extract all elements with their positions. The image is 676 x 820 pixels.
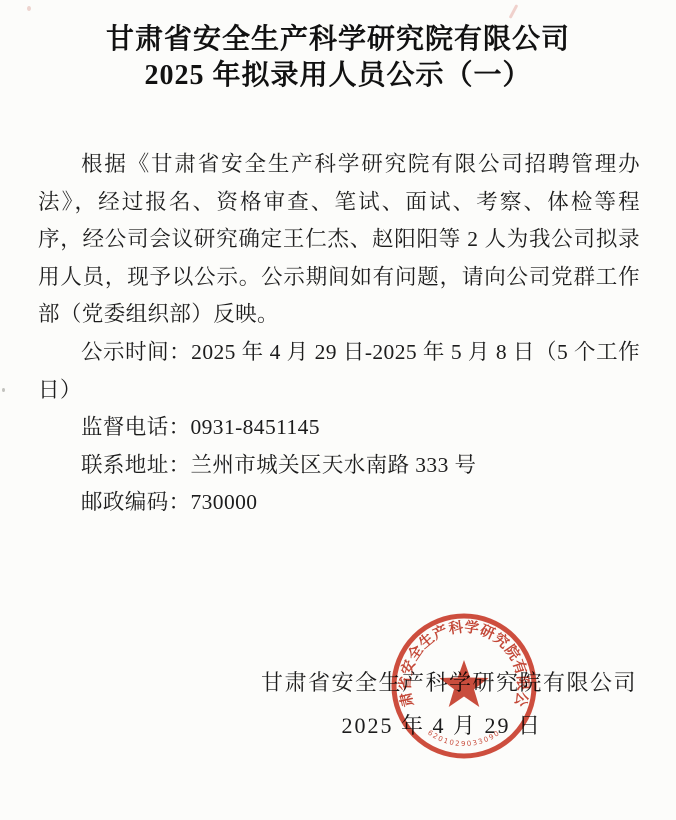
scan-speck: [27, 6, 31, 11]
document-title-line2: 2025 年拟录用人员公示（一）: [0, 58, 676, 94]
body-paragraph-publicity-period: 公示时间：2025 年 4 月 29 日-2025 年 5 月 8 日（5 个工…: [38, 334, 640, 409]
signature-company: 甘肃省安全生产科学研究院有限公司: [261, 666, 637, 697]
document-title-line1: 甘肃省安全生产科学研究院有限公司: [0, 22, 676, 58]
document-title: 甘肃省安全生产科学研究院有限公司 2025 年拟录用人员公示（一）: [0, 0, 676, 94]
scan-speck: [2, 388, 5, 392]
document-body: 根据《甘肃省安全生产科学研究院有限公司招聘管理办法》，经过报名、资格审查、笔试、…: [38, 146, 640, 522]
document-page: 甘肃省安全生产科学研究院有限公司 2025 年拟录用人员公示（一） 根据《甘肃省…: [0, 0, 676, 820]
signature-date: 2025 年 4 月 29 日: [341, 709, 542, 740]
body-paragraph-supervision-phone: 监督电话：0931-8451145: [38, 409, 640, 447]
body-paragraph-main: 根据《甘肃省安全生产科学研究院有限公司招聘管理办法》，经过报名、资格审查、笔试、…: [38, 146, 640, 334]
body-paragraph-contact-address: 联系地址：兰州市城关区天水南路 333 号: [38, 447, 640, 485]
body-paragraph-postal-code: 邮政编码：730000: [38, 484, 640, 522]
